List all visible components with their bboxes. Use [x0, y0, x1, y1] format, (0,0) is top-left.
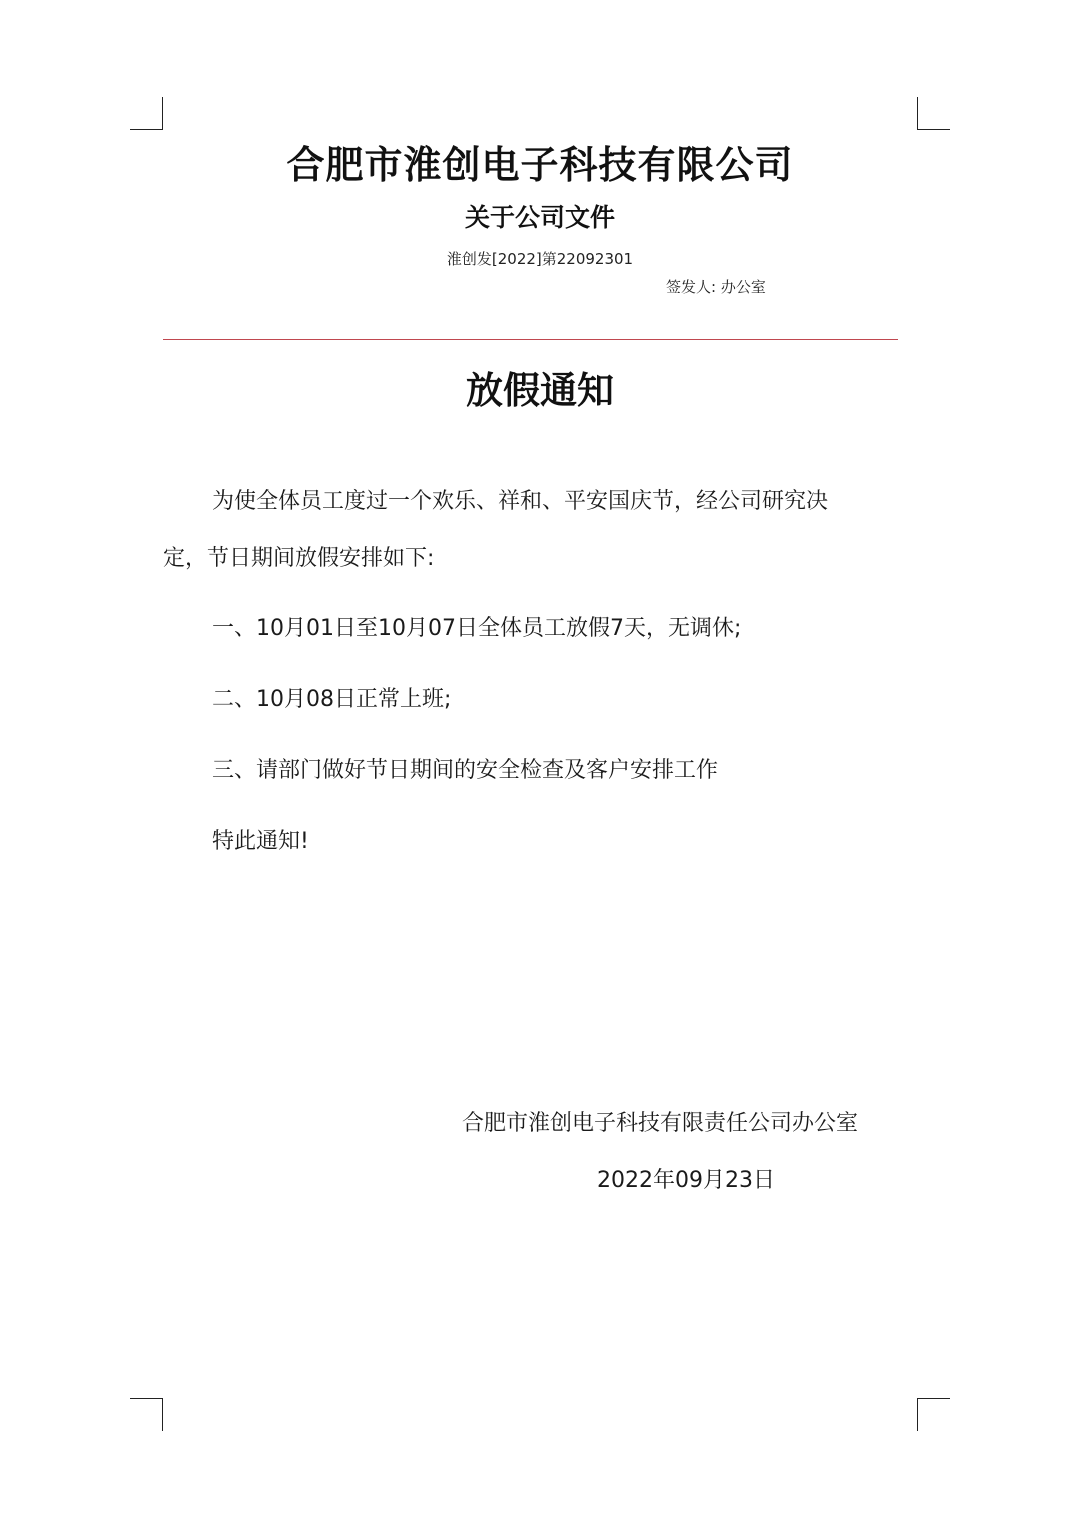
arrangement-item-1: 一、10月01日至10月07日全体员工放假7天，无调休; [212, 611, 741, 642]
arrangement-item-3: 三、请部门做好节日期间的安全检查及客户安排工作 [212, 753, 718, 784]
signature-date: 2022年09月23日 [597, 1163, 775, 1194]
crop-mark-top-right [917, 97, 950, 130]
issuer: 签发人: 办公室 [666, 276, 766, 297]
closing-statement: 特此通知! [212, 824, 309, 855]
crop-mark-top-left [130, 97, 163, 130]
intro-paragraph-line-1: 为使全体员工度过一个欢乐、祥和、平安国庆节，经公司研究决 [212, 484, 828, 515]
arrangement-item-2: 二、10月08日正常上班; [212, 682, 451, 713]
header-divider [163, 339, 898, 340]
notice-title: 放假通知 [0, 360, 1080, 414]
issuer-label: 签发人: [666, 278, 716, 296]
issuer-value: 办公室 [721, 278, 766, 296]
document-subtitle: 关于公司文件 [0, 198, 1080, 234]
crop-mark-bottom-left [130, 1398, 163, 1431]
company-title: 合肥市淮创电子科技有限公司 [0, 134, 1080, 189]
crop-mark-bottom-right [917, 1398, 950, 1431]
signature-organization: 合肥市淮创电子科技有限责任公司办公室 [462, 1106, 858, 1137]
document-number: 淮创发[2022]第22092301 [0, 248, 1080, 269]
intro-paragraph-line-2: 定，节日期间放假安排如下: [163, 541, 434, 572]
